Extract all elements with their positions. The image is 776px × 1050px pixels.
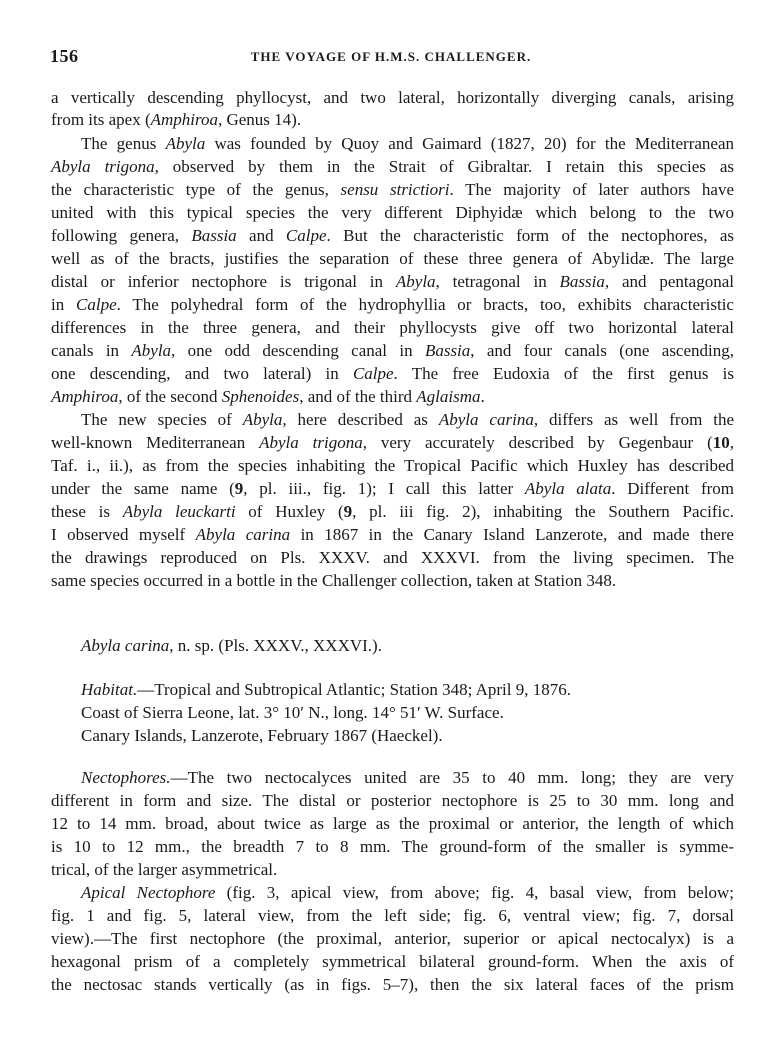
text-line: united with this typical species the ver… (51, 203, 734, 223)
running-title: THE VOYAGE OF H.M.S. CHALLENGER. (50, 49, 732, 65)
text-line: the nectosac stands vertically (as in fi… (51, 975, 734, 995)
text-line: view).—The first nectophore (the proxima… (51, 929, 734, 949)
text-line: The new species of Abyla, here described… (81, 410, 734, 430)
text-line: a vertically descending phyllocyst, and … (51, 88, 734, 108)
text-line: different in form and size. The distal o… (51, 791, 734, 811)
habitat-line: Coast of Sierra Leone, lat. 3° 10′ N., l… (81, 703, 504, 723)
text-line: The genus Abyla was founded by Quoy and … (81, 134, 734, 154)
text-line: well-known Mediterranean Abyla trigona, … (51, 433, 734, 453)
text-line: these is Abyla leuckarti of Huxley (9, p… (51, 502, 734, 522)
species-heading: Abyla carina, n. sp. (Pls. XXXV., XXXVI.… (81, 636, 382, 656)
text-line: the drawings reproduced on Pls. XXXV. an… (51, 548, 734, 568)
text-line: Amphiroa, of the second Sphenoides, and … (51, 387, 734, 407)
text-line: Apical Nectophore (fig. 3, apical view, … (81, 883, 734, 903)
text-line: trical, of the larger asymmetrical. (51, 860, 734, 880)
text-line: Abyla trigona, observed by them in the S… (51, 157, 734, 177)
text-line: is 10 to 12 mm., the breadth 7 to 8 mm. … (51, 837, 734, 857)
text-line: Taf. i., ii.), as from the species inhab… (51, 456, 734, 476)
habitat-line: Habitat.—Tropical and Subtropical Atlant… (81, 680, 571, 700)
text-line: fig. 1 and fig. 5, lateral view, from th… (51, 906, 734, 926)
text-line: differences in the three genera, and the… (51, 318, 734, 338)
document-page: 156 THE VOYAGE OF H.M.S. CHALLENGER. a v… (0, 0, 776, 1050)
text-line: I observed myself Abyla carina in 1867 i… (51, 525, 734, 545)
text-line: following genera, Bassia and Calpe. But … (51, 226, 734, 246)
text-line: same species occurred in a bottle in the… (51, 571, 734, 591)
text-line: well as of the bracts, justifies the sep… (51, 249, 734, 269)
text-line: from its apex (Amphiroa, Genus 14). (51, 110, 734, 130)
text-line: the characteristic type of the genus, se… (51, 180, 734, 200)
text-line: 12 to 14 mm. broad, about twice as large… (51, 814, 734, 834)
text-line: under the same name (9, pl. iii., fig. 1… (51, 479, 734, 499)
habitat-line: Canary Islands, Lanzerote, February 1867… (81, 726, 443, 746)
page-header: 156 THE VOYAGE OF H.M.S. CHALLENGER. (50, 46, 732, 70)
text-line: Nectophores.—The two nectocalyces united… (81, 768, 734, 788)
text-line: in Calpe. The polyhedral form of the hyd… (51, 295, 734, 315)
text-line: distal or inferior nectophore is trigona… (51, 272, 734, 292)
text-line: one descending, and two lateral) in Calp… (51, 364, 734, 384)
text-line: canals in Abyla, one odd descending cana… (51, 341, 734, 361)
text-line: hexagonal prism of a completely symmetri… (51, 952, 734, 972)
